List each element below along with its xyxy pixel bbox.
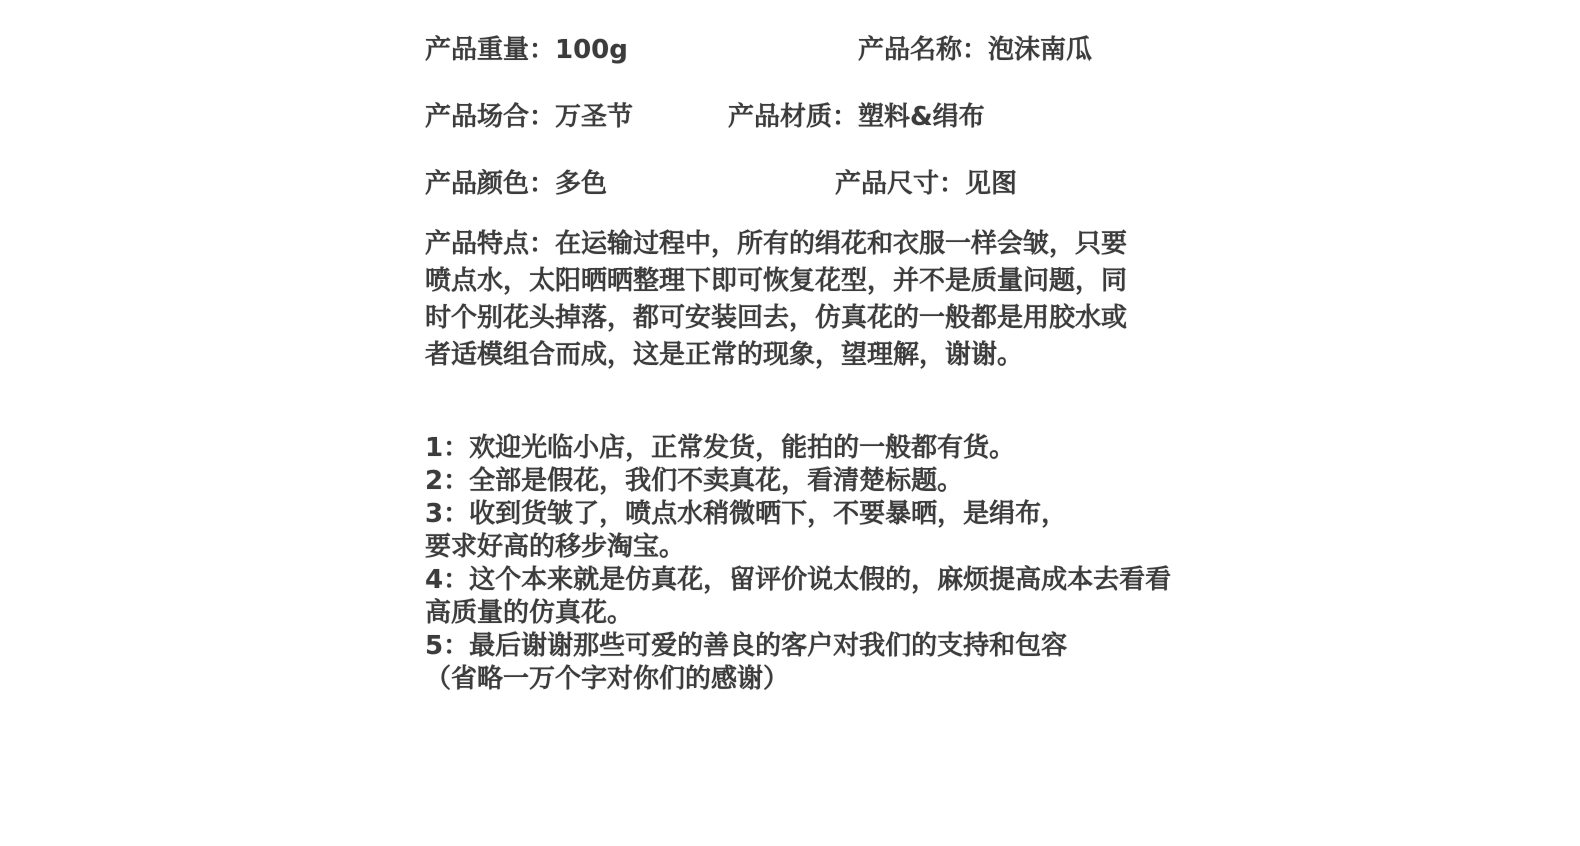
note-line-5: 5：最后谢谢那些可爱的善良的客户对我们的支持和包容 (425, 630, 1171, 663)
seller-notes-list: 1：欢迎光临小店，正常发货，能拍的一般都有货。 2：全部是假花，我们不卖真花，看… (425, 432, 1171, 696)
spec-product-color: 产品颜色：多色 (425, 170, 607, 198)
product-features-paragraph: 产品特点：在运输过程中，所有的绢花和衣服一样会皱，只要 喷点水，太阳晒晒整理下即… (425, 226, 1127, 374)
spec-product-material: 产品材质：塑料&绢布 (728, 103, 985, 131)
features-line-2: 喷点水，太阳晒晒整理下即可恢复花型，并不是质量问题，同 (425, 263, 1127, 300)
product-description-page: 产品重量：100g 产品名称：泡沫南瓜 产品场合：万圣节 产品材质：塑料&绢布 … (0, 0, 1580, 846)
features-line-1: 产品特点：在运输过程中，所有的绢花和衣服一样会皱，只要 (425, 226, 1127, 263)
note-line-4: 4：这个本来就是仿真花，留评价说太假的，麻烦提高成本去看看 (425, 564, 1171, 597)
spec-product-size: 产品尺寸：见图 (835, 170, 1017, 198)
spec-product-weight: 产品重量：100g (425, 36, 628, 64)
note-line-3-wrap: 要求好高的移步淘宝。 (425, 531, 1171, 564)
note-line-5-wrap: （省略一万个字对你们的感谢） (425, 663, 1171, 696)
note-line-1: 1：欢迎光临小店，正常发货，能拍的一般都有货。 (425, 432, 1171, 465)
spec-product-occasion: 产品场合：万圣节 (425, 103, 633, 131)
features-line-4: 者适模组合而成，这是正常的现象，望理解，谢谢。 (425, 337, 1127, 374)
features-line-3: 时个别花头掉落，都可安装回去，仿真花的一般都是用胶水或 (425, 300, 1127, 337)
spec-product-name: 产品名称：泡沫南瓜 (858, 36, 1092, 64)
note-line-3: 3：收到货皱了，喷点水稍微晒下，不要暴晒，是绢布， (425, 498, 1171, 531)
note-line-4-wrap: 高质量的仿真花。 (425, 597, 1171, 630)
note-line-2: 2：全部是假花，我们不卖真花，看清楚标题。 (425, 465, 1171, 498)
